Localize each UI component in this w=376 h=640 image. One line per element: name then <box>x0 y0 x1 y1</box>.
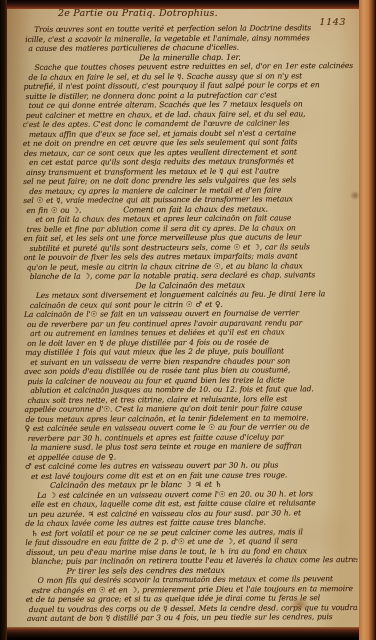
heading-lead-text: en fin ☉ ou ☽. <box>26 205 81 214</box>
manuscript-line: ablution et calcinaōn jusques au nombre … <box>30 384 356 395</box>
manuscript-line: putrefié, il n'est point dissouti, c'est… <box>24 80 355 92</box>
manuscript-line: elle est en chaux, laquelle come dit est… <box>31 498 357 509</box>
manuscript-line: blanche de la ☽, come par la notable pra… <box>30 270 356 281</box>
book-edge-bottom <box>0 627 376 640</box>
manuscript-photo: 2e Partie ou Pratiq. Dotrophius. 1143 Tr… <box>0 0 376 640</box>
manuscript-line: ♀ est calcinée seule en vaisseau ouvert … <box>25 422 357 434</box>
manuscript-line: Les metaux sont diversement et longuemen… <box>36 289 356 300</box>
manuscript-line: avant autant de bon ☿ distillé par 3 ou … <box>27 612 358 624</box>
book-page-edges-right <box>359 0 376 640</box>
book-edge-top <box>0 0 376 9</box>
page-content: Trois œuvres sont en toutte verité et pe… <box>22 23 358 624</box>
section-heading: Calcinaōn des metaux pr le blanc ☽ ♃ et … <box>50 480 222 490</box>
book-edge-left <box>0 0 7 640</box>
manuscript-line: Scache que touttes choses peuvent estre … <box>34 61 354 72</box>
manuscript-line: blanche; puis par inclinaōn on retirera … <box>31 555 357 566</box>
section-heading: De la mineralle chap. 1er. <box>139 52 241 62</box>
section-heading: Coment on fait la chaux des metaux. <box>123 204 268 214</box>
page-header: 2e Partie ou Pratiq. Dotrophius. <box>58 8 218 19</box>
